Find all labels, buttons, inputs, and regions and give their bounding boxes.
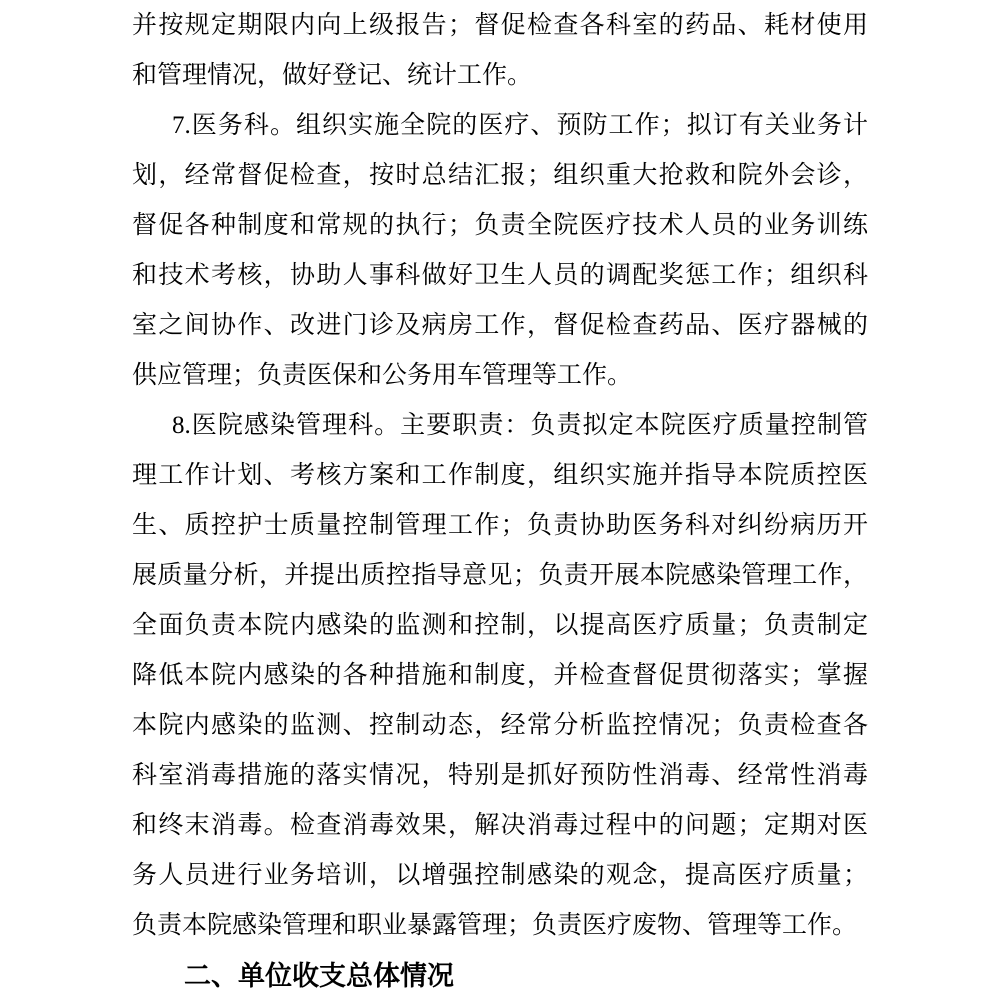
text-line: 和技术考核，协助人事科做好卫生人员的调配奖惩工作；组织科 (132, 251, 868, 301)
text-line: 理工作计划、考核方案和工作制度，组织实施并指导本院质控医 (132, 451, 868, 501)
paragraph: 并按规定期限内向上级报告；督促检查各科室的药品、耗材使用和管理情况，做好登记、统… (132, 1, 868, 101)
text-line: 和管理情况，做好登记、统计工作。 (132, 51, 868, 101)
text-line: 室之间协作、改进门诊及病房工作，督促检查药品、医疗器械的 (132, 301, 868, 351)
section-heading: 二、单位收支总体情况 (132, 951, 868, 1001)
text-line: 督促各种制度和常规的执行；负责全院医疗技术人员的业务训练 (132, 201, 868, 251)
text-line: 划，经常督促检查，按时总结汇报；组织重大抢救和院外会诊， (132, 151, 868, 201)
text-line: 和终末消毒。检查消毒效果，解决消毒过程中的问题；定期对医 (132, 801, 868, 851)
text-line: 供应管理；负责医保和公务用车管理等工作。 (132, 351, 868, 401)
text-line: 负责本院感染管理和职业暴露管理；负责医疗废物、管理等工作。 (132, 901, 868, 951)
text-line: 生、质控护士质量控制管理工作；负责协助医务科对纠纷病历开 (132, 501, 868, 551)
text-line: 8.医院感染管理科。主要职责：负责拟定本院医疗质量控制管 (132, 401, 868, 451)
text-line: 全面负责本院内感染的监测和控制，以提高医疗质量；负责制定 (132, 601, 868, 651)
text-line: 本院内感染的监测、控制动态，经常分析监控情况；负责检查各 (132, 701, 868, 751)
text-line: 降低本院内感染的各种措施和制度，并检查督促贯彻落实；掌握 (132, 651, 868, 701)
text-line: 7.医务科。组织实施全院的医疗、预防工作；拟订有关业务计 (132, 101, 868, 151)
text-line: 务人员进行业务培训，以增强控制感染的观念，提高医疗质量； (132, 851, 868, 901)
document-page: 并按规定期限内向上级报告；督促检查各科室的药品、耗材使用和管理情况，做好登记、统… (0, 0, 1000, 1002)
document-content: 并按规定期限内向上级报告；督促检查各科室的药品、耗材使用和管理情况，做好登记、统… (132, 1, 868, 1001)
text-line: 科室消毒措施的落实情况，特别是抓好预防性消毒、经常性消毒 (132, 751, 868, 801)
text-line: 并按规定期限内向上级报告；督促检查各科室的药品、耗材使用 (132, 1, 868, 51)
text-line: 展质量分析，并提出质控指导意见；负责开展本院感染管理工作， (132, 551, 868, 601)
paragraph: 8.医院感染管理科。主要职责：负责拟定本院医疗质量控制管理工作计划、考核方案和工… (132, 401, 868, 951)
paragraph: 7.医务科。组织实施全院的医疗、预防工作；拟订有关业务计划，经常督促检查，按时总… (132, 101, 868, 401)
heading-text: 二、单位收支总体情况 (132, 951, 868, 1001)
